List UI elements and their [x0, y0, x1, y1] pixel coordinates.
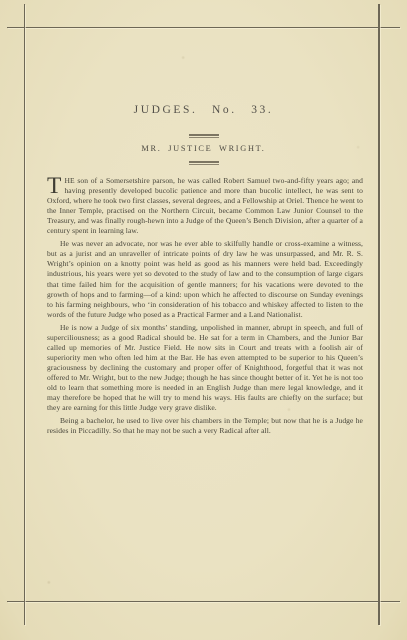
series-title: JUDGES. No. 33. — [0, 104, 407, 116]
ornament-double-rule-upper — [189, 134, 219, 138]
frame-rule-left — [24, 4, 25, 625]
ornament-double-rule-lower — [189, 161, 219, 165]
frame-rule-top — [7, 27, 400, 28]
frame-rule-bottom — [7, 601, 400, 602]
article-body: THE son of a Somersetshire parson, he wa… — [47, 176, 363, 439]
drop-cap: T — [47, 176, 64, 196]
article-paragraph: He was never an advocate, nor was he eve… — [47, 239, 363, 320]
article-paragraph: THE son of a Somersetshire parson, he wa… — [47, 176, 363, 237]
subject-title: MR. JUSTICE WRIGHT. — [0, 144, 407, 153]
article-paragraph: Being a bachelor, he used to live over h… — [47, 416, 363, 436]
article-paragraph: He is now a Judge of six months’ standin… — [47, 323, 363, 414]
frame-rule-right — [378, 4, 379, 625]
scanned-book-page: JUDGES. No. 33. MR. JUSTICE WRIGHT. THE … — [0, 0, 407, 640]
paragraph-text: HE son of a Somersetshire parson, he was… — [47, 176, 363, 235]
